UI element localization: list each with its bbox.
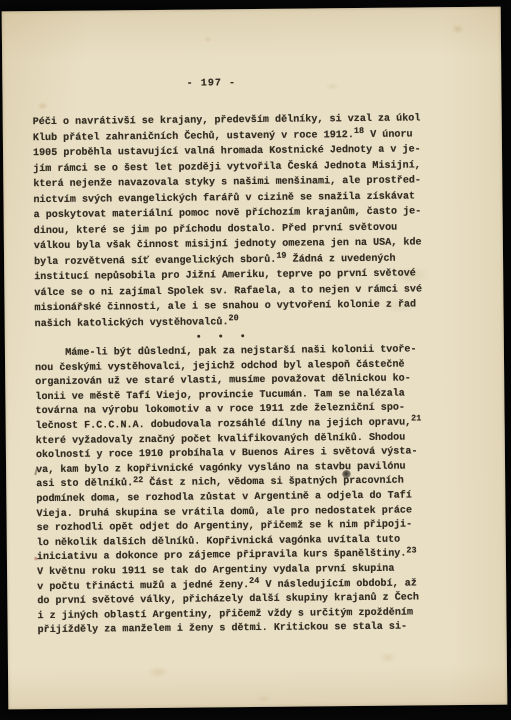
text-segment: se rozhodli opět odjet do Argentiny, při… — [37, 520, 413, 535]
ink-blot — [342, 470, 351, 478]
text-segment: podmínek doma, se rozhodla zůstat v Arge… — [36, 490, 412, 505]
text-segment: Část z nich, vědoma si špatných pracovní… — [143, 476, 404, 489]
footnote-ref: 23 — [406, 545, 416, 555]
footnote-ref: 20 — [228, 313, 238, 323]
text-segment: do první světové války, přicházely další… — [37, 593, 419, 608]
text-line: přijížděly za manželem i ženy s dětmi. K… — [38, 620, 442, 638]
text-segment: dinou, které se jim po příchodu dostalo.… — [34, 222, 398, 236]
text-segment: nictvím svých evangelických farářů v ciz… — [33, 191, 415, 206]
text-segment: a poskytovat materiální pomoc nově přích… — [34, 206, 422, 221]
text-segment: Klub přátel zahraničních Čechů, ustavený… — [33, 130, 354, 144]
text-segment: našich katolických vystěhovalců. — [35, 317, 229, 330]
footnote-ref: 21 — [411, 414, 421, 424]
text-segment: válkou byla však činnost misijní jednoty… — [34, 237, 422, 252]
text-segment: okolností y roce 1910 probíhala v Buenos… — [36, 447, 418, 462]
text-segment: jím rámci se o šest let později vytvořil… — [33, 160, 421, 175]
footnote-ref: 19 — [276, 251, 286, 261]
text-segment: Vieja. Druhá skupina se vrátila domů, al… — [36, 505, 412, 520]
text-segment: lonii ve městě Tafí Viejo, provincie Tuc… — [35, 388, 405, 403]
text-segment: V květnu roku 1911 se tak do Argentiny v… — [37, 564, 394, 578]
paragraph-1: Péči o navrátivší se krajany, především … — [33, 111, 439, 332]
text-segment: válce se o ni zajímal Spolek sv. Rafaela… — [34, 284, 422, 299]
page-content: - 197 - Péči o navrátivší se krajany, př… — [32, 74, 441, 639]
text-segment: 1905 proběhla ustavující valná hromada K… — [33, 144, 421, 159]
text-segment: V únoru — [364, 129, 413, 140]
text-segment: institucí nepůsobila pro Jižní Ameriku, … — [34, 268, 416, 283]
text-segment: které vyžadovaly značný počet kvalifikov… — [36, 432, 406, 447]
text-segment: Žádná z uvedených — [287, 253, 396, 265]
text-segment: V následujícím období, až — [259, 578, 417, 591]
text-segment: iniciativu a dokonce pro zájemce připrav… — [37, 549, 407, 564]
text-segment: asi sto dělníků. — [36, 479, 133, 491]
paragraph-2: Máme-li být důslední, pak za nejstarší n… — [35, 343, 442, 639]
page-number: - 197 - — [9, 74, 413, 94]
footnote-ref: 22 — [133, 475, 143, 485]
text-segment: lečnost F.C.C.N.A. dobudovala rozsáhlé d… — [36, 417, 412, 432]
footnote-ref: 24 — [249, 576, 259, 586]
text-segment: lo několik dalších dělníků. Kopřivnická … — [37, 534, 401, 548]
scanner-background: - 197 - Péči o navrátivší se krajany, př… — [0, 0, 511, 720]
text-segment: byla rozvětvená síť evangelických sborů. — [34, 254, 276, 267]
red-fleck — [34, 556, 38, 561]
text-segment: i z jiných oblastí Argentiny, přičemž vž… — [37, 607, 413, 622]
text-segment: která nejenže navazovala styky s našimi … — [33, 175, 421, 190]
document-page: - 197 - Péči o navrátivší se krajany, př… — [2, 7, 508, 710]
footnote-ref: 18 — [354, 126, 364, 136]
text-segment: v počtu třinácti mužů a jedné ženy. — [37, 580, 249, 593]
text-segment: nou českými vystěhovalci, jejichž odchod… — [35, 359, 405, 374]
text-segment: Máme-li být důslední, pak za nejstarší n… — [35, 344, 417, 359]
text-segment: přijížděly za manželem i ženy s dětmi. K… — [38, 622, 408, 637]
text-segment: organizován už ve staré vlasti, musíme p… — [35, 374, 411, 389]
text-segment: misionářské činnosti, ale i se snahou o … — [34, 299, 416, 314]
text-segment: továrna na výrobu lokomotiv a v roce 191… — [35, 403, 405, 418]
